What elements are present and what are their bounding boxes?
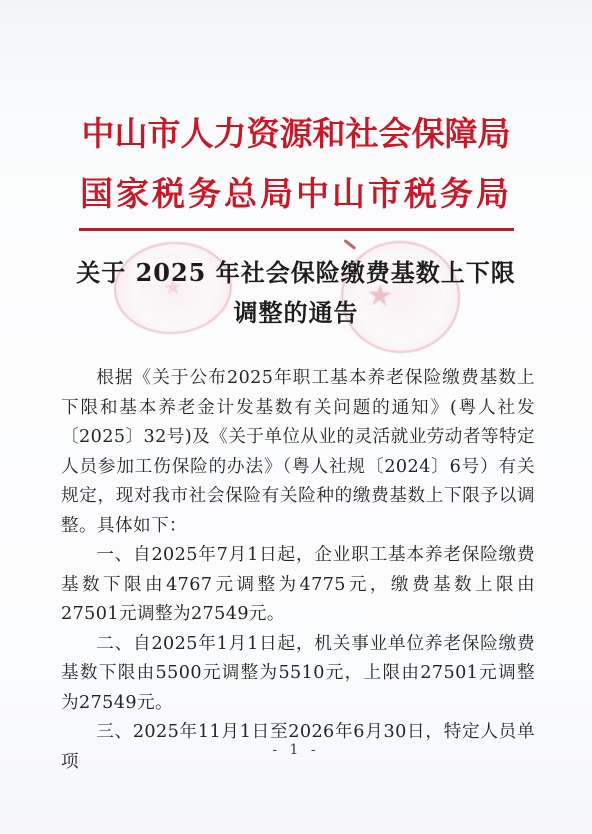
page-number: - 1 - bbox=[0, 742, 592, 758]
document-title: 关于 2025 年社会保险缴费基数上下限 调整的通告 bbox=[0, 253, 592, 333]
document-body: 根据《关于公布2025年职工基本养老保险缴费基数上下限和基本养老金计发基数有关问… bbox=[0, 364, 592, 777]
issuing-org-line1: 中山市人力资源和社会保障局 bbox=[0, 104, 592, 164]
body-paragraph-item2: 二、自2025年1月1日起，机关事业单位养老保险缴费基数下限由5500元调整为5… bbox=[61, 630, 535, 719]
document-title-line2: 调整的通告 bbox=[0, 293, 592, 333]
issuing-org-line2: 国家税务总局中山市税务局 bbox=[0, 164, 592, 224]
body-paragraph-item1: 一、自2025年7月1日起，企业职工基本养老保险缴费基数下限由4767元调整为4… bbox=[61, 541, 535, 630]
scanned-document-page: 中山市人力资源和社会保障局 国家税务总局中山市税务局 ★ ★ 关于 2025 年… bbox=[0, 0, 592, 834]
letterhead: 中山市人力资源和社会保障局 国家税务总局中山市税务局 bbox=[0, 0, 592, 231]
document-title-line1: 关于 2025 年社会保险缴费基数上下限 bbox=[0, 253, 592, 293]
seal-edge-mark bbox=[344, 239, 357, 250]
letterhead-divider bbox=[79, 228, 514, 231]
body-paragraph-intro: 根据《关于公布2025年职工基本养老保险缴费基数上下限和基本养老金计发基数有关问… bbox=[61, 364, 535, 541]
